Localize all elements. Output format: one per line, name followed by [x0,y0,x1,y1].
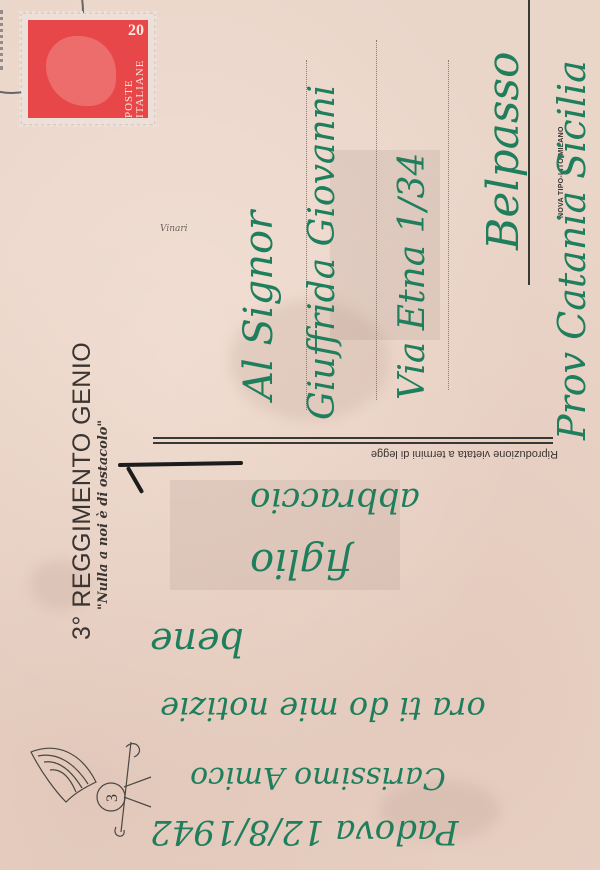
regiment-title: 3° REGGIMENTO GENIO [68,342,97,640]
black-ink-stroke [118,461,243,467]
message-line: bene [150,620,244,664]
reproduction-notice: Riproduzione vietata a termini di legge [248,448,558,460]
address-line-1: Al Signor [236,211,282,400]
message-line: figlio [250,540,352,586]
stamp-value: 20 [128,22,144,40]
message-line: ora ti do mie notizie [160,690,486,728]
regiment-motto: "Nulla a noi è di ostacolo" [96,420,111,610]
address-guide-line [448,60,449,390]
postcard: POSTE ITALIANE 20 3° REGGIMENTO GENIO "N… [0,0,600,870]
postage-stamp: POSTE ITALIANE 20 [22,14,154,124]
address-line-4: Belpasso [478,52,529,251]
address-line-3: Via Etna 1/34 [392,153,433,400]
message-line: Carissimo Amico [190,760,446,795]
pencil-note: Vinari [160,224,188,234]
message-line: abbraccio [250,480,420,520]
address-guide-line [376,40,377,400]
address-line-2: Giuffrida Giovanni [302,85,343,420]
svg-text:3: 3 [104,794,121,802]
black-ink-stroke [126,466,144,494]
message-date-line: Padova 12/8/1942 [150,812,458,852]
portrait-icon [46,36,116,106]
divider-line [153,442,553,444]
regiment-heading: 3° REGGIMENTO GENIO "Nulla a noi è di os… [68,342,97,640]
address-line-5: Prov Catania Sicilia [550,60,594,440]
divider-line [153,437,553,439]
plumed-helmet-crest-icon: 3 [26,732,156,842]
